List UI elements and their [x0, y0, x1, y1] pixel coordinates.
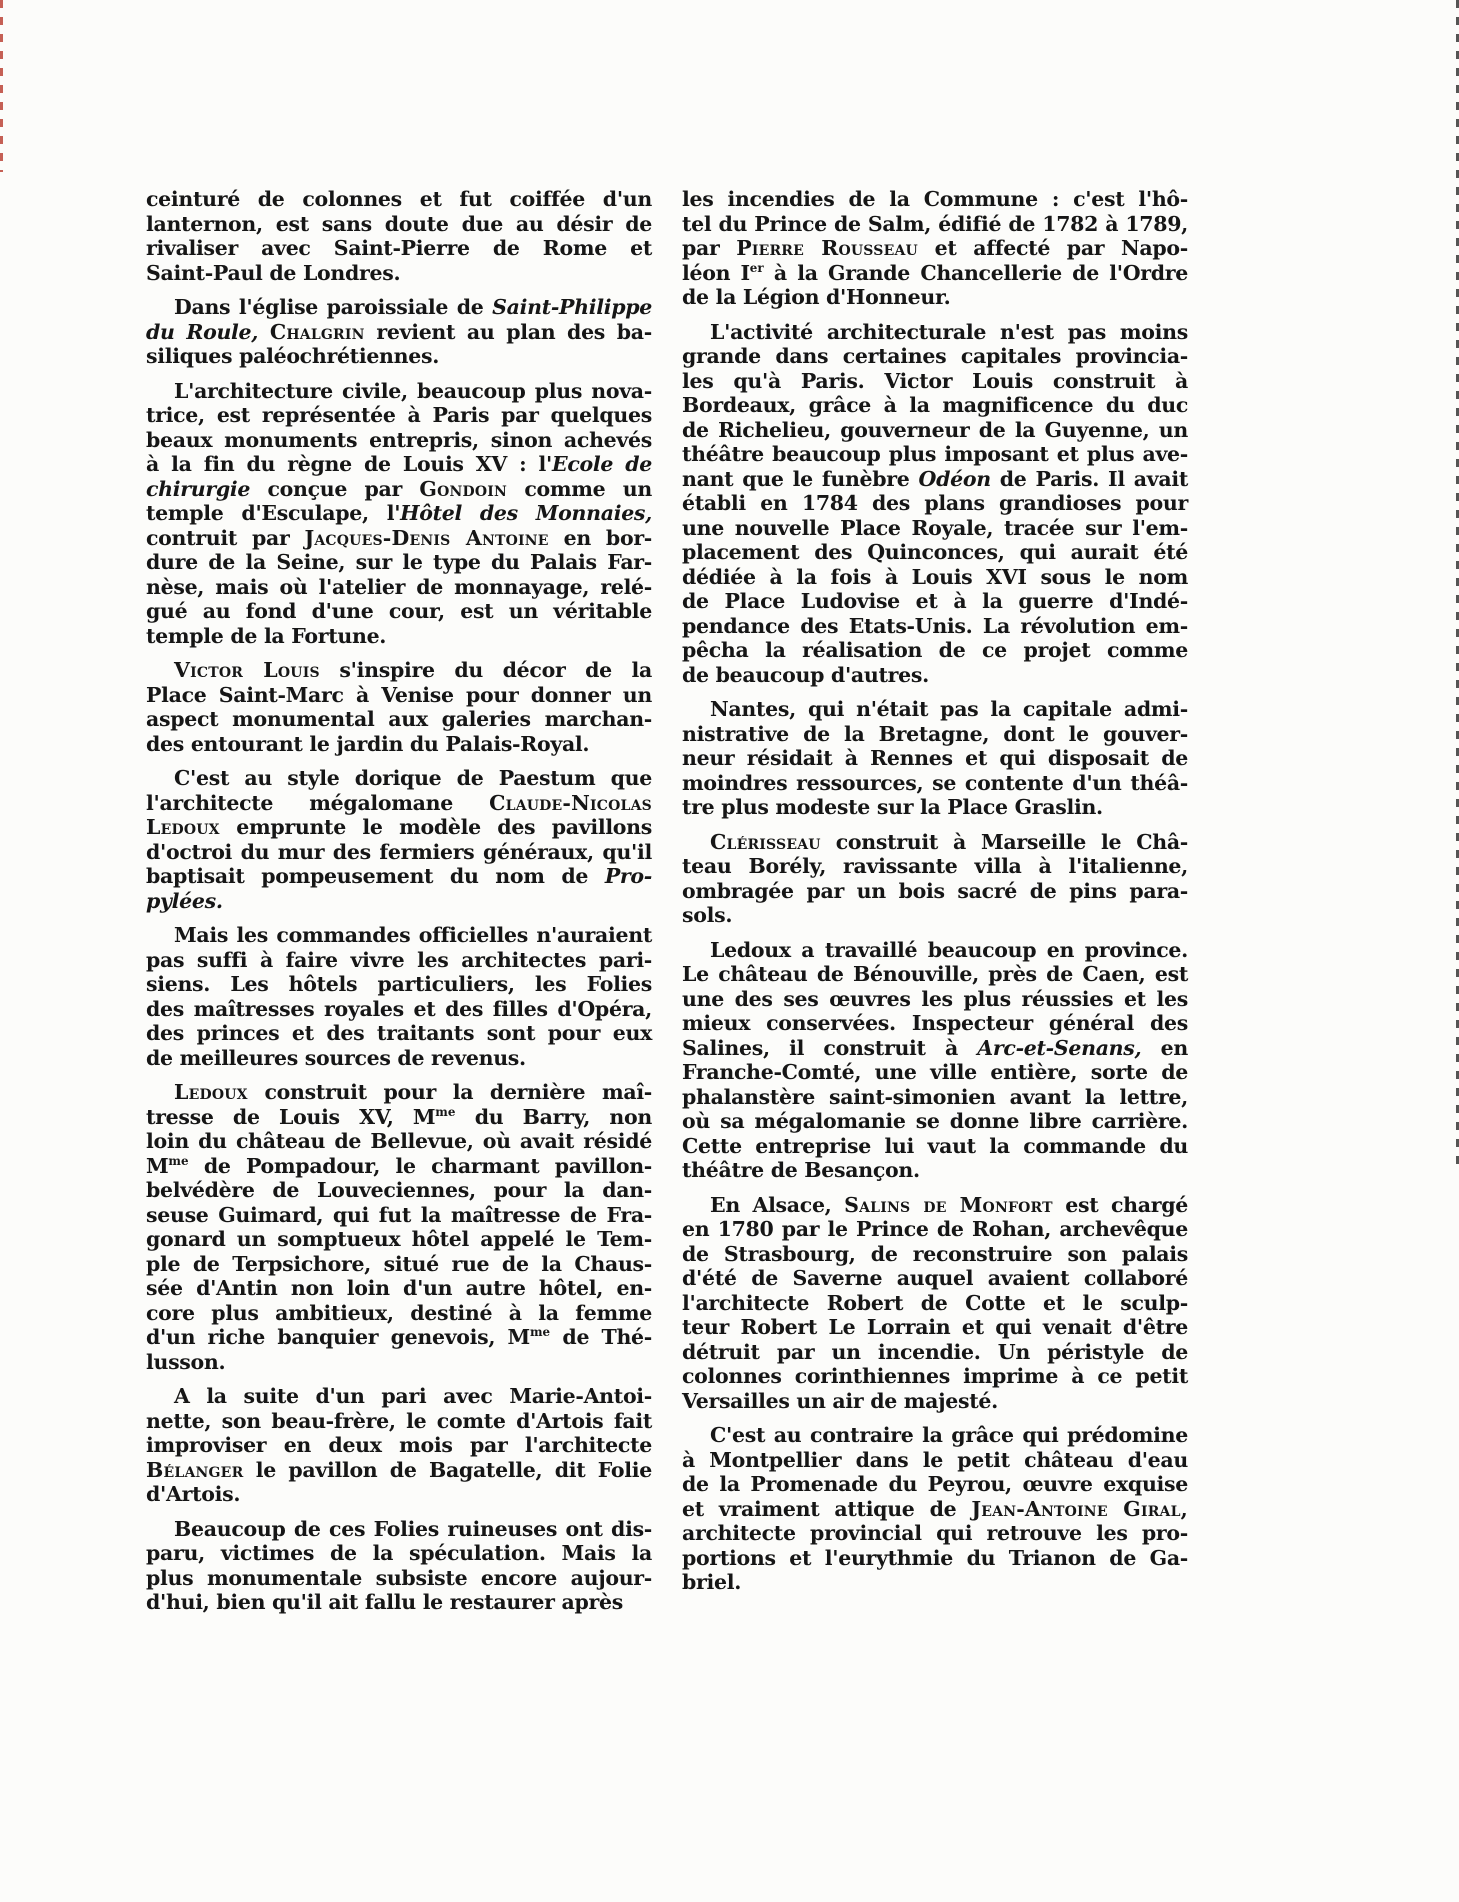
paragraph: L'architecture civile, beaucoup plus nov… — [146, 379, 652, 649]
text-line: d'Artois. — [146, 1482, 652, 1507]
text-line: Ledoux a travaillé beaucoup en province. — [682, 938, 1188, 963]
text-run: l'architecte mégalomane — [146, 791, 489, 815]
text-run: loin du château de Bellevue, où avait ré… — [146, 1129, 652, 1153]
text-run: teau Borély, ravissante villa à l'italie… — [682, 854, 1188, 878]
text-line: Salines, il construit à Arc-et-Senans, e… — [682, 1036, 1188, 1061]
text-run: ple de Terpsichore, situé rue de la Chau… — [146, 1252, 652, 1276]
text-line: belvédère de Louveciennes, pour la dan- — [146, 1178, 652, 1203]
text-run: en bor- — [549, 526, 652, 550]
text-run: dédiée à la fois à Louis XVI sous le nom — [682, 565, 1188, 589]
text-line: ombragée par un bois sacré de pins para- — [682, 879, 1188, 904]
text-line: léon Ier à la Grande Chancellerie de l'O… — [682, 261, 1188, 286]
text-line: à la fin du règne de Louis XV : l'Ecole … — [146, 452, 652, 477]
small-caps-name: Ledoux — [146, 815, 220, 839]
paragraph: Clérisseau construit à Marseille le Châ-… — [682, 830, 1188, 928]
italic-text: Odéon — [919, 467, 991, 491]
text-run: pêcha la réalisation de ce projet comme — [682, 638, 1188, 662]
small-caps-name: Chalgrin — [270, 320, 365, 344]
text-line: Ledoux construit pour la dernière maî- — [146, 1080, 652, 1105]
text-line: d'hui, bien qu'il ait fallu le restaurer… — [146, 1590, 652, 1615]
text-line: établi en 1784 des plans grandioses pour — [682, 491, 1188, 516]
text-run: des princes et des traitants sont pour e… — [146, 1021, 652, 1045]
text-run: de la Promenade du Peyrou, œuvre exquise — [682, 1472, 1188, 1496]
text-line: l'architecte Robert de Cotte et le sculp… — [682, 1291, 1188, 1316]
paragraph: C'est au contraire la grâce qui prédomin… — [682, 1423, 1188, 1595]
text-run: construit pour la dernière maî- — [248, 1080, 652, 1104]
small-caps-name: Victor Louis — [174, 658, 320, 682]
text-line: briel. — [682, 1570, 1188, 1595]
text-line: des maîtresses royales et des filles d'O… — [146, 997, 652, 1022]
text-run: Mais les commandes officielles n'auraien… — [174, 923, 652, 947]
small-caps-name: Salins de Monfort — [844, 1193, 1053, 1217]
text-line: à Montpellier dans le petit château d'ea… — [682, 1448, 1188, 1473]
text-line: paru, victimes de la spéculation. Mais l… — [146, 1541, 652, 1566]
text-line: temple d'Esculape, l'Hôtel des Monnaies, — [146, 501, 652, 526]
text-run: nistrative de la Bretagne, dont le gouve… — [682, 722, 1188, 746]
text-run: architecte provincial qui retrouve les p… — [682, 1521, 1188, 1545]
text-column-right: les incendies de la Commune : c'est l'hô… — [682, 187, 1188, 1595]
text-run: tresse de Louis XV, M — [146, 1105, 435, 1129]
italic-text: Pro- — [605, 864, 652, 888]
text-run: à la Grande Chancellerie de l'Ordre — [764, 261, 1188, 285]
text-line: théâtre beaucoup plus imposant et plus a… — [682, 442, 1188, 467]
text-line: loin du château de Bellevue, où avait ré… — [146, 1129, 652, 1154]
text-line: de Place Ludovise et à la guerre d'Indé- — [682, 589, 1188, 614]
text-run: et vraiment attique de — [682, 1497, 971, 1521]
text-run: Salines, il construit à — [682, 1036, 977, 1060]
text-line: tresse de Louis XV, Mme du Barry, non — [146, 1105, 652, 1130]
text-line: détruit par un incendie. Un péristyle de — [682, 1340, 1188, 1365]
text-line: Clérisseau construit à Marseille le Châ- — [682, 830, 1188, 855]
text-run: Dans l'église paroissiale de — [174, 295, 492, 319]
text-run: nant que le funèbre — [682, 467, 919, 491]
text-line: architecte provincial qui retrouve les p… — [682, 1521, 1188, 1546]
text-line: dédiée à la fois à Louis XVI sous le nom — [682, 565, 1188, 590]
text-line: sée d'Antin non loin d'un autre hôtel, e… — [146, 1276, 652, 1301]
text-line: C'est au style dorique de Paestum que — [146, 766, 652, 791]
text-line: des entourant le jardin du Palais-Royal. — [146, 732, 652, 757]
text-line: A la suite d'un pari avec Marie-Antoi- — [146, 1384, 652, 1409]
text-line: Mais les commandes officielles n'auraien… — [146, 923, 652, 948]
text-line: nèse, mais où l'atelier de monnayage, re… — [146, 575, 652, 600]
text-line: sols. — [682, 903, 1188, 928]
text-run: L'architecture civile, beaucoup plus nov… — [174, 379, 652, 403]
text-run: de meilleures sources de revenus. — [146, 1046, 526, 1070]
text-run: Saint-Paul de Londres. — [146, 261, 400, 285]
text-line: pylées. — [146, 889, 652, 914]
paragraph: Ledoux construit pour la dernière maî-tr… — [146, 1080, 652, 1374]
text-run: colonnes corinthiennes imprime à ce peti… — [682, 1364, 1188, 1388]
text-run: briel. — [682, 1570, 741, 1594]
text-run: s'inspire du décor de la — [320, 658, 652, 682]
text-line: Beaucoup de ces Folies ruineuses ont dis… — [146, 1517, 652, 1542]
text-run: ombragée par un bois sacré de pins para- — [682, 879, 1188, 903]
text-line: teau Borély, ravissante villa à l'italie… — [682, 854, 1188, 879]
text-run: pas suffi à faire vivre les architectes … — [146, 948, 652, 972]
text-run: dure de la Seine, sur le type du Palais … — [146, 550, 652, 574]
text-run: établi en 1784 des plans grandioses pour — [682, 491, 1188, 515]
text-run: Bordeaux, grâce à la magnificence du duc — [682, 393, 1188, 417]
text-run: baptisait pompeusement du nom de — [146, 864, 605, 888]
text-run: une nouvelle Place Royale, tracée sur l'… — [682, 516, 1188, 540]
text-run: de Strasbourg, de reconstruire son palai… — [682, 1242, 1188, 1266]
small-caps-name: Clérisseau — [710, 830, 821, 854]
text-run: siliques paléochrétiennes. — [146, 344, 439, 368]
text-line: ple de Terpsichore, situé rue de la Chau… — [146, 1252, 652, 1277]
text-run: de la Légion d'Honneur. — [682, 285, 950, 309]
text-line: Franche-Comté, une ville entière, sorte … — [682, 1060, 1188, 1085]
superscript-text: er — [750, 261, 764, 275]
text-run: de Thé- — [550, 1325, 652, 1349]
text-run: et affecté par Napo- — [918, 236, 1188, 260]
text-line: nette, son beau-frère, le comte d'Artois… — [146, 1409, 652, 1434]
text-run: M — [146, 1154, 168, 1178]
text-run: des entourant le jardin du Palais-Royal. — [146, 732, 589, 756]
text-line: les qu'à Paris. Victor Louis construit à — [682, 369, 1188, 394]
text-run: en — [1141, 1036, 1188, 1060]
text-run: Nantes, qui n'était pas la capitale admi… — [710, 697, 1188, 721]
text-run: léon I — [682, 261, 750, 285]
text-line: siliques paléochrétiennes. — [146, 344, 652, 369]
text-run: de Richelieu, gouverneur de la Guyenne, … — [682, 418, 1188, 442]
text-line: de la Promenade du Peyrou, œuvre exquise — [682, 1472, 1188, 1497]
paragraph: Ledoux a travaillé beaucoup en province.… — [682, 938, 1188, 1183]
text-run: lusson. — [146, 1350, 225, 1374]
text-line: de Strasbourg, de reconstruire son palai… — [682, 1242, 1188, 1267]
paragraph: Victor Louis s'inspire du décor de laPla… — [146, 658, 652, 756]
text-line: temple de la Fortune. — [146, 624, 652, 649]
text-line: en 1780 par le Prince de Rohan, archevêq… — [682, 1217, 1188, 1242]
text-run: phalanstère saint-simonien avant la lett… — [682, 1085, 1188, 1109]
text-run: contruit par — [146, 526, 304, 550]
text-line: Saint-Paul de Londres. — [146, 261, 652, 286]
text-line: C'est au contraire la grâce qui prédomin… — [682, 1423, 1188, 1448]
text-line: gué au fond d'une cour, est un véritable — [146, 599, 652, 624]
document-page: ceinturé de colonnes et fut coiffée d'un… — [0, 0, 1459, 1902]
text-run: des maîtresses royales et des filles d'O… — [146, 997, 652, 1021]
text-line: rivaliser avec Saint-Pierre de Rome et — [146, 236, 652, 261]
text-line: de Richelieu, gouverneur de la Guyenne, … — [682, 418, 1188, 443]
text-run: d'octroi du mur des fermiers généraux, q… — [146, 840, 652, 864]
text-line: de la Légion d'Honneur. — [682, 285, 1188, 310]
text-line: teur Robert Le Lorrain et qui venait d'ê… — [682, 1315, 1188, 1340]
text-line: pas suffi à faire vivre les architectes … — [146, 948, 652, 973]
text-run: C'est au contraire la grâce qui prédomin… — [710, 1423, 1188, 1447]
italic-text: du Roule, — [146, 320, 258, 344]
text-run: mieux conservées. Inspecteur général des — [682, 1011, 1188, 1035]
text-line: placement des Quinconces, qui aurait été — [682, 540, 1188, 565]
text-line: En Alsace, Salins de Monfort est chargé — [682, 1193, 1188, 1218]
small-caps-name: Jacques-Denis Antoine — [304, 526, 548, 550]
text-run: à la fin du règne de Louis XV : l' — [146, 452, 552, 476]
text-run: Le château de Bénouville, près de Caen, … — [682, 962, 1188, 986]
text-run: théâtre beaucoup plus imposant et plus a… — [682, 442, 1188, 466]
paragraph: les incendies de la Commune : c'est l'hô… — [682, 187, 1188, 310]
text-run: paru, victimes de la spéculation. Mais l… — [146, 1541, 652, 1565]
text-run: moindres ressources, se contente d'un th… — [682, 771, 1188, 795]
text-run: A la suite d'un pari avec Marie-Antoi- — [174, 1384, 652, 1408]
text-run: L'activité architecturale n'est pas moin… — [710, 320, 1188, 344]
text-line: les incendies de la Commune : c'est l'hô… — [682, 187, 1188, 212]
text-run: rivaliser avec Saint-Pierre de Rome et — [146, 236, 652, 260]
small-caps-name: Gondoin — [419, 477, 507, 501]
text-line: seuse Guimard, qui fut la maîtresse de F… — [146, 1203, 652, 1228]
text-line: Bélanger le pavillon de Bagatelle, dit F… — [146, 1458, 652, 1483]
text-line: Le château de Bénouville, près de Caen, … — [682, 962, 1188, 987]
text-run: Cette entreprise lui vaut la commande du — [682, 1134, 1188, 1158]
text-line: colonnes corinthiennes imprime à ce peti… — [682, 1364, 1188, 1389]
text-line: chirurgie conçue par Gondoin comme un — [146, 477, 652, 502]
text-run: temple d'Esculape, l' — [146, 501, 400, 525]
text-line: improviser en deux mois par l'architecte — [146, 1433, 652, 1458]
text-run — [258, 320, 270, 344]
text-run: plus monumentale subsiste encore aujour- — [146, 1566, 652, 1590]
text-line: plus monumentale subsiste encore aujour- — [146, 1566, 652, 1591]
paragraph: Dans l'église paroissiale de Saint-Phili… — [146, 295, 652, 369]
text-line: phalanstère saint-simonien avant la lett… — [682, 1085, 1188, 1110]
text-run: les qu'à Paris. Victor Louis construit à — [682, 369, 1188, 393]
text-line: tel du Prince de Salm, édifié de 1782 à … — [682, 212, 1188, 237]
superscript-text: me — [435, 1105, 455, 1119]
text-line: gonard un somptueux hôtel appelé le Tem- — [146, 1227, 652, 1252]
text-run: nette, son beau-frère, le comte d'Artois… — [146, 1409, 652, 1433]
text-run: les incendies de la Commune : c'est l'hô… — [682, 187, 1188, 211]
text-run: trice, est représentée à Paris par quelq… — [146, 403, 652, 427]
superscript-text: me — [530, 1325, 550, 1339]
text-line: pendance des Etats-Unis. La révolution e… — [682, 614, 1188, 639]
text-line: une nouvelle Place Royale, tracée sur l'… — [682, 516, 1188, 541]
text-run: où sa mégalomanie se donne libre carrièr… — [682, 1109, 1188, 1133]
text-run: d'Artois. — [146, 1482, 240, 1506]
text-line: d'été de Saverne auquel avaient collabor… — [682, 1266, 1188, 1291]
text-run: C'est au style dorique de Paestum que — [174, 766, 652, 790]
text-run: belvédère de Louveciennes, pour la dan- — [146, 1178, 652, 1202]
text-run: le pavillon de Bagatelle, dit Folie — [243, 1458, 652, 1482]
text-line: de beaucoup d'autres. — [682, 663, 1188, 688]
text-line: pêcha la réalisation de ce projet comme — [682, 638, 1188, 663]
text-run: ceinturé de colonnes et fut coiffée d'un — [146, 187, 652, 211]
italic-text: chirurgie — [146, 477, 250, 501]
text-line: aspect monumental aux galeries marchan- — [146, 707, 652, 732]
text-run: est chargé — [1053, 1193, 1188, 1217]
text-line: et vraiment attique de Jean-Antoine Gira… — [682, 1497, 1188, 1522]
text-line: L'activité architecturale n'est pas moin… — [682, 320, 1188, 345]
small-caps-name: Bélanger — [146, 1458, 243, 1482]
text-run: seuse Guimard, qui fut la maîtresse de F… — [146, 1203, 652, 1227]
text-line: Versailles un air de majesté. — [682, 1389, 1188, 1414]
text-run: nèse, mais où l'atelier de monnayage, re… — [146, 575, 652, 599]
text-run: lanternon, est sans doute due au désir d… — [146, 212, 652, 236]
paragraph: C'est au style dorique de Paestum quel'a… — [146, 766, 652, 913]
text-run: tre plus modeste sur la Place Graslin. — [682, 795, 1103, 819]
paragraph: Nantes, qui n'était pas la capitale admi… — [682, 697, 1188, 820]
text-run: revient au plan des ba- — [365, 320, 652, 344]
text-run: sols. — [682, 903, 732, 927]
text-run: en 1780 par le Prince de Rohan, archevêq… — [682, 1217, 1188, 1241]
text-run: une des ses œuvres les plus réussies et … — [682, 987, 1188, 1011]
text-run: d'un riche banquier genevois, M — [146, 1325, 530, 1349]
italic-text: pylées. — [146, 889, 223, 913]
text-run: improviser en deux mois par l'architecte — [146, 1433, 652, 1457]
italic-text: Ecole de — [552, 452, 652, 476]
text-line: ceinturé de colonnes et fut coiffée d'un — [146, 187, 652, 212]
text-line: une des ses œuvres les plus réussies et … — [682, 987, 1188, 1012]
text-run: teur Robert Le Lorrain et qui venait d'ê… — [682, 1315, 1188, 1339]
paragraph: En Alsace, Salins de Monfort est chargée… — [682, 1193, 1188, 1414]
text-run: En Alsace, — [710, 1193, 844, 1217]
text-line: du Roule, Chalgrin revient au plan des b… — [146, 320, 652, 345]
paragraph: ceinturé de colonnes et fut coiffée d'un… — [146, 187, 652, 285]
paragraph: Beaucoup de ces Folies ruineuses ont dis… — [146, 1517, 652, 1615]
text-run: d'hui, bien qu'il ait fallu le restaurer… — [146, 1590, 623, 1614]
text-line: neur résidait à Rennes et qui disposait … — [682, 746, 1188, 771]
text-run: temple de la Fortune. — [146, 624, 386, 648]
small-caps-name: Claude-Nicolas — [489, 791, 652, 815]
text-line: de meilleures sources de revenus. — [146, 1046, 652, 1071]
text-run: beaux monuments entrepris, sinon achevés — [146, 428, 652, 452]
small-caps-name: Jean-Antoine Giral, — [971, 1497, 1188, 1521]
text-run: du Barry, non — [455, 1105, 652, 1129]
text-run: aspect monumental aux galeries marchan- — [146, 707, 652, 731]
text-run: de Pompadour, le charmant pavillon- — [189, 1154, 652, 1178]
text-line: Mme de Pompadour, le charmant pavillon- — [146, 1154, 652, 1179]
text-run: Ledoux a travaillé beaucoup en province. — [710, 938, 1188, 962]
text-run: conçue par — [250, 477, 419, 501]
text-line: grande dans certaines capitales provinci… — [682, 344, 1188, 369]
text-run: placement des Quinconces, qui aurait été — [682, 540, 1188, 564]
text-run: de Place Ludovise et à la guerre d'Indé- — [682, 589, 1188, 613]
text-run: Franche-Comté, une ville entière, sorte … — [682, 1060, 1188, 1084]
text-run: pendance des Etats-Unis. La révolution e… — [682, 614, 1188, 638]
superscript-text: me — [168, 1154, 188, 1168]
text-run: l'architecte Robert de Cotte et le sculp… — [682, 1291, 1188, 1315]
text-run: de beaucoup d'autres. — [682, 663, 929, 687]
text-line: moindres ressources, se contente d'un th… — [682, 771, 1188, 796]
text-run: portions et l'eurythmie du Trianon de Ga… — [682, 1546, 1188, 1570]
text-line: dure de la Seine, sur le type du Palais … — [146, 550, 652, 575]
text-line: trice, est représentée à Paris par quelq… — [146, 403, 652, 428]
text-line: nistrative de la Bretagne, dont le gouve… — [682, 722, 1188, 747]
small-caps-name: Ledoux — [174, 1080, 248, 1104]
text-line: théâtre de Besançon. — [682, 1158, 1188, 1183]
text-line: Place Saint-Marc à Venise pour donner un — [146, 683, 652, 708]
text-line: d'octroi du mur des fermiers généraux, q… — [146, 840, 652, 865]
text-run: par — [682, 236, 736, 260]
text-run: Beaucoup de ces Folies ruineuses ont dis… — [174, 1517, 652, 1541]
text-line: portions et l'eurythmie du Trianon de Ga… — [682, 1546, 1188, 1571]
text-line: L'architecture civile, beaucoup plus nov… — [146, 379, 652, 404]
text-run: Place Saint-Marc à Venise pour donner un — [146, 683, 652, 707]
text-run: Versailles un air de majesté. — [682, 1389, 998, 1413]
text-line: contruit par Jacques-Denis Antoine en bo… — [146, 526, 652, 551]
text-line: Victor Louis s'inspire du décor de la — [146, 658, 652, 683]
text-line: Cette entreprise lui vaut la commande du — [682, 1134, 1188, 1159]
text-line: Ledoux emprunte le modèle des pavillons — [146, 815, 652, 840]
text-line: par Pierre Rousseau et affecté par Napo- — [682, 236, 1188, 261]
text-run: construit à Marseille le Châ- — [821, 830, 1188, 854]
text-run: gué au fond d'une cour, est un véritable — [146, 599, 652, 623]
text-line: siens. Les hôtels particuliers, les Foli… — [146, 972, 652, 997]
text-line: mieux conservées. Inspecteur général des — [682, 1011, 1188, 1036]
text-column-left: ceinturé de colonnes et fut coiffée d'un… — [146, 187, 652, 1615]
text-run: tel du Prince de Salm, édifié de 1782 à … — [682, 212, 1188, 236]
paragraph: A la suite d'un pari avec Marie-Antoi-ne… — [146, 1384, 652, 1507]
text-line: tre plus modeste sur la Place Graslin. — [682, 795, 1188, 820]
text-line: nant que le funèbre Odéon de Paris. Il a… — [682, 467, 1188, 492]
text-run: grande dans certaines capitales provinci… — [682, 344, 1188, 368]
italic-text: Saint-Philippe — [492, 295, 652, 319]
italic-text: Arc-et-Senans, — [977, 1036, 1141, 1060]
text-run: détruit par un incendie. Un péristyle de — [682, 1340, 1188, 1364]
text-run: gonard un somptueux hôtel appelé le Tem- — [146, 1227, 652, 1251]
text-run: sée d'Antin non loin d'un autre hôtel, e… — [146, 1276, 652, 1300]
text-line: Bordeaux, grâce à la magnificence du duc — [682, 393, 1188, 418]
text-line: des princes et des traitants sont pour e… — [146, 1021, 652, 1046]
paragraph: L'activité architecturale n'est pas moin… — [682, 320, 1188, 688]
text-run: siens. Les hôtels particuliers, les Foli… — [146, 972, 652, 996]
text-run: à Montpellier dans le petit château d'ea… — [682, 1448, 1188, 1472]
text-run: core plus ambitieux, destiné à la femme — [146, 1301, 652, 1325]
text-line: d'un riche banquier genevois, Mme de Thé… — [146, 1325, 652, 1350]
paragraph: Mais les commandes officielles n'auraien… — [146, 923, 652, 1070]
text-line: lanternon, est sans doute due au désir d… — [146, 212, 652, 237]
text-line: core plus ambitieux, destiné à la femme — [146, 1301, 652, 1326]
text-line: Nantes, qui n'était pas la capitale admi… — [682, 697, 1188, 722]
scan-artifact-left-edge — [0, 0, 3, 172]
text-line: baptisait pompeusement du nom de Pro- — [146, 864, 652, 889]
small-caps-name: Pierre Rousseau — [736, 236, 918, 260]
text-run: de Paris. Il avait — [991, 467, 1188, 491]
italic-text: Hôtel des Monnaies, — [400, 501, 652, 525]
text-line: l'architecte mégalomane Claude-Nicolas — [146, 791, 652, 816]
text-run: d'été de Saverne auquel avaient collabor… — [682, 1266, 1188, 1290]
text-line: où sa mégalomanie se donne libre carrièr… — [682, 1109, 1188, 1134]
text-run: neur résidait à Rennes et qui disposait … — [682, 746, 1188, 770]
text-run: emprunte le modèle des pavillons — [220, 815, 652, 839]
text-run: comme un — [507, 477, 652, 501]
text-line: beaux monuments entrepris, sinon achevés — [146, 428, 652, 453]
text-run: théâtre de Besançon. — [682, 1158, 920, 1182]
text-line: Dans l'église paroissiale de Saint-Phili… — [146, 295, 652, 320]
text-line: lusson. — [146, 1350, 652, 1375]
